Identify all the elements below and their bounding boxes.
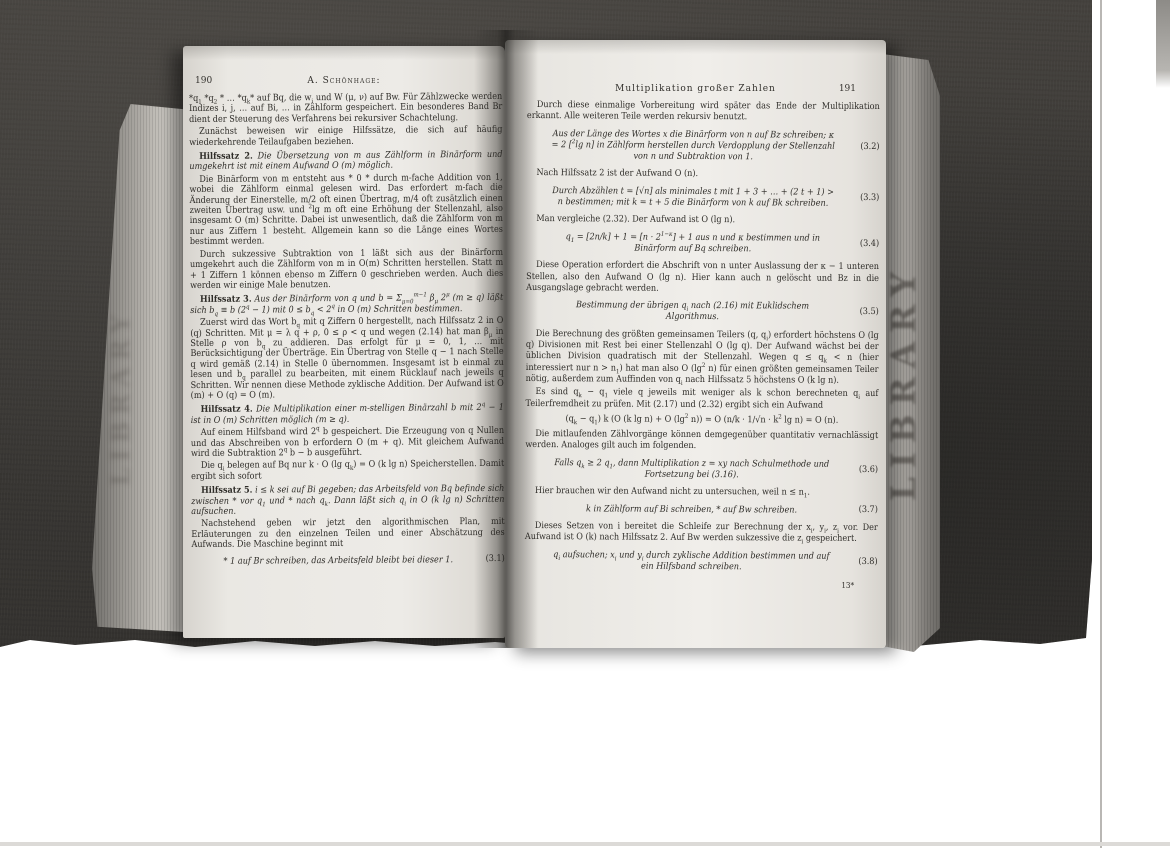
equation-number: (3.6) — [859, 465, 878, 476]
paragraph: Hier brauchen wir den Aufwand nicht zu u… — [525, 486, 878, 499]
scan-bottom-strip — [0, 842, 1170, 846]
paragraph: Die Binärform von m entsteht aus * 0 * d… — [189, 173, 503, 248]
display-equation-text: Bestimmung der übrigen qi nach (2.16) mi… — [576, 300, 809, 322]
display-equation-text: qi aufsuchen; xi und yi durch zyklische … — [553, 550, 829, 572]
display-equation-text: Falls qk ≥ 2 q1, dann Multiplikation z =… — [554, 458, 829, 480]
paragraph: Nachstehend geben wir jetzt den algorith… — [191, 517, 504, 550]
lemma-label: Hilfssatz 4. — [201, 405, 253, 415]
paragraph: Die Berechnung des größten gemeinsamen T… — [526, 329, 879, 388]
right-text-column: Durch diese einmalige Vorbereitung wird … — [525, 100, 880, 591]
left-page-number: 190 — [195, 76, 212, 86]
equation-number: (3.1) — [486, 554, 505, 565]
paragraph: Dieses Setzen von i bereitet die Schleif… — [525, 521, 878, 546]
lemma-paragraph: Hilfssatz 5. i ≤ k sei auf Bi gegeben; d… — [191, 484, 504, 517]
paragraph: Zunächst beweisen wir einige Hilfssätze,… — [189, 125, 502, 148]
right-running-head: Multiplikation großer Zahlen 191 — [505, 84, 886, 94]
paragraph: *q1 *q2 * … *qk* auf Bq, die wi und W (μ… — [189, 92, 502, 125]
equation-number: (3.8) — [858, 557, 877, 568]
paragraph: Es sind qk − q1 viele q jeweils mit weni… — [526, 387, 879, 412]
display-equation-text: * 1 auf Br schreiben, das Arbeitsfeld bl… — [223, 555, 453, 567]
paragraph: Zuerst wird das Wort bq mit q Ziffern 0 … — [190, 316, 504, 401]
paragraph: Durch sukzessive Subtraktion von 1 läßt … — [190, 248, 503, 292]
lemma-label: Hilfssatz 3. — [200, 295, 252, 305]
equation-number: (3.3) — [860, 193, 879, 204]
scan-edge-line — [1100, 0, 1102, 848]
display-equation: q1 = [2n/k] + 1 = [n · 21−κ] + 1 aus n u… — [550, 232, 836, 256]
page-edges-right — [882, 54, 940, 652]
lemma-paragraph: Hilfssatz 2. Die Übersetzung von m aus Z… — [189, 150, 502, 173]
display-equation-text: Aus der Länge des Wortes x die Binärform… — [552, 129, 835, 163]
paragraph: Nach Hilfssatz 2 ist der Aufwand O (n). — [527, 168, 880, 181]
lemma-paragraph: Hilfssatz 3. Aus der Binärform von q und… — [190, 293, 503, 316]
display-equation-text: k in Zählform auf Bi schreiben, * auf Bw… — [586, 504, 797, 515]
scan-corner-strip — [1156, 0, 1170, 88]
display-equation: * 1 auf Br schreiben, das Arbeitsfeld bl… — [215, 555, 462, 567]
equation-number: (3.4) — [860, 239, 879, 250]
left-running-title: A. Schönhage: — [183, 76, 505, 86]
display-equation-text: Durch Abzählen t = [√n] als minimales t … — [552, 186, 834, 209]
right-page-number: 191 — [839, 84, 856, 94]
right-page: Multiplikation großer Zahlen 191 Durch d… — [505, 40, 886, 648]
left-running-head: 190 A. Schönhage: — [183, 76, 505, 86]
paragraph: Auf einem Hilfsband wird 2q b gespeicher… — [191, 426, 504, 459]
display-equation: Falls qk ≥ 2 q1, dann Multiplikation z =… — [549, 458, 835, 482]
lemma-label: Hilfssatz 2. — [199, 152, 253, 162]
display-equation: qi aufsuchen; xi und yi durch zyklische … — [548, 550, 834, 574]
left-text-column: *q1 *q2 * … *qk* auf Bq, die wi und W (μ… — [189, 92, 505, 573]
display-equation: Durch Abzählen t = [√n] als minimales t … — [550, 186, 836, 210]
display-equation: Aus der Länge des Wortes x die Binärform… — [550, 129, 836, 165]
right-running-title: Multiplikation großer Zahlen — [505, 84, 886, 94]
paragraph: Durch diese einmalige Vorbereitung wird … — [527, 100, 880, 125]
left-page: 190 A. Schönhage: *q1 *q2 * … *qk* auf B… — [183, 46, 505, 638]
lemma-paragraph: Hilfssatz 4. Die Multiplikation einer m-… — [191, 403, 504, 426]
paragraph: Diese Operation erfordert die Abschrift … — [526, 260, 879, 296]
display-equation: Bestimmung der übrigen qi nach (2.16) mi… — [549, 300, 835, 324]
display-equation-text: q1 = [2n/k] + 1 = [n · 21−κ] + 1 aus n u… — [566, 232, 820, 254]
signature-mark: 13* — [525, 578, 854, 591]
lemma-label: Hilfssatz 5. — [201, 486, 252, 496]
equation-number: (3.5) — [860, 307, 879, 318]
display-equation: k in Zählform auf Bi schreiben, * auf Bw… — [548, 504, 834, 517]
equation-number: (3.7) — [859, 505, 878, 516]
paragraph: Man vergleiche (2.32). Der Aufwand ist O… — [526, 214, 879, 227]
equation-number: (3.2) — [860, 141, 879, 152]
paragraph: Die qi belegen auf Bq nur k · O (lg qk) … — [191, 459, 504, 482]
inline-formula: (qk − q1) k (O (k lg n) + O (lg2 n)) = O… — [525, 414, 878, 427]
paragraph: Die mitlaufenden Zählvorgänge können dem… — [525, 429, 878, 454]
